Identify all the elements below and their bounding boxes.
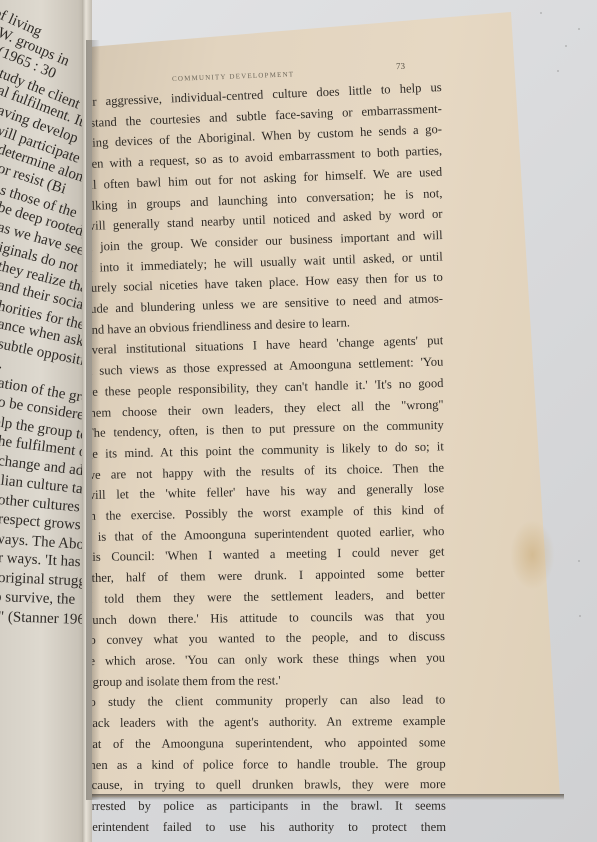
left-page: of livingW. groups in(1965 : 30study the… (0, 0, 92, 842)
left-text-line: r ways. 'It has (0, 550, 81, 571)
text-line: nat of the Amoonguna superintendent, who… (86, 732, 446, 754)
text-line: men as a kind of police force to handle … (86, 753, 446, 775)
text-line: ecause, in trying to quell drunken brawl… (86, 774, 446, 796)
surface-speck (557, 70, 559, 72)
text-line: le which arose. 'You can only work these… (86, 648, 445, 672)
body-text: ur aggressive, individual-centred cultur… (86, 92, 442, 837)
text-line: to study the client community properly c… (86, 690, 445, 713)
text-line: arrested by police as participants in th… (86, 795, 446, 816)
surface-speck (540, 12, 542, 14)
surface-speck (578, 560, 580, 562)
surface-speck (578, 28, 580, 30)
left-text-line: o survive, the (0, 589, 75, 609)
surface-speck (565, 45, 567, 47)
left-text-line: ). (0, 355, 4, 373)
page-number: 73 (396, 61, 405, 71)
foxing-stain (510, 520, 555, 590)
surface-speck (579, 615, 581, 617)
gutter-shadow (86, 40, 100, 800)
left-text-line: " (Stanner 1969 (0, 609, 92, 629)
text-line: perintendent failed to use his authority… (86, 817, 446, 838)
left-text-line: original struggle (0, 570, 92, 591)
text-line: back leaders with the agent's authority.… (86, 711, 446, 734)
left-page-text: of livingW. groups in(1965 : 30study the… (0, 0, 92, 842)
